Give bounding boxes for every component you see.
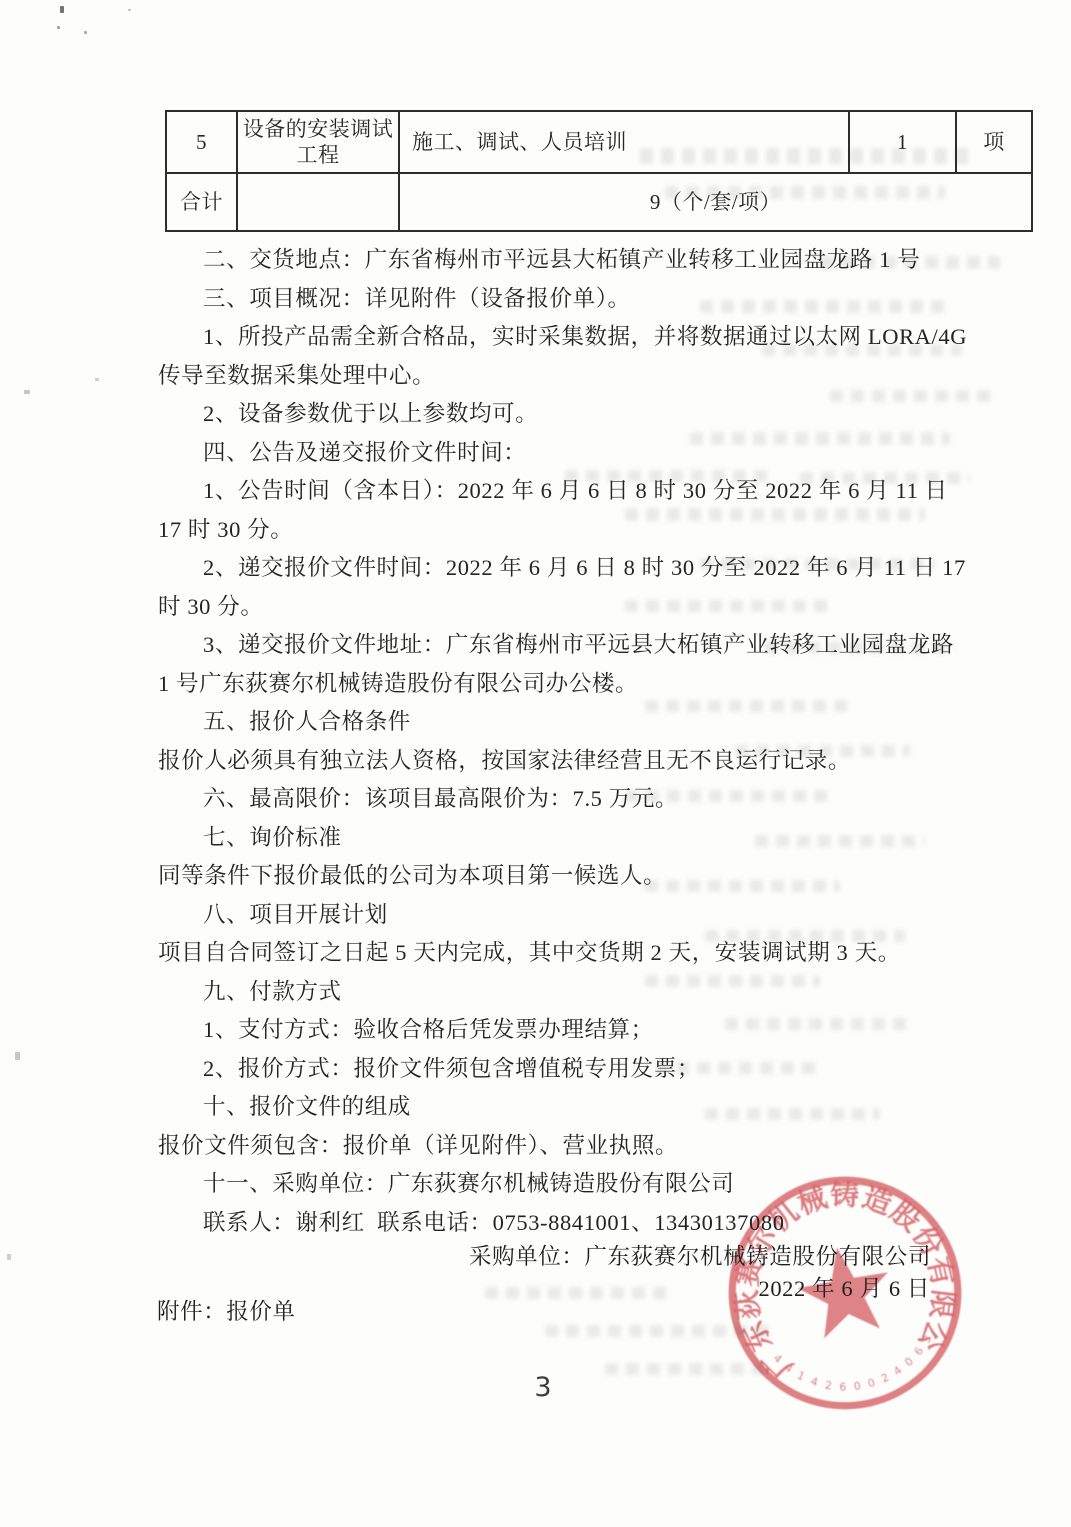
body-line: 六、最高限价：该项目最高限价为：7.5 万元。 (203, 784, 1003, 814)
body-line: 17 时 30 分。 (158, 515, 958, 545)
items-table: 5 设备的安装调试工程 施工、调试、人员培训 1 项 合计 9（个/套/项） (165, 110, 1033, 232)
body-line: 时 30 分。 (158, 592, 958, 622)
scan-speck (24, 390, 30, 394)
table-total-empty-cell (236, 174, 398, 230)
body-line: 2、报价方式：报价文件须包含增值税专用发票； (203, 1054, 1003, 1084)
body-line: 十、报价文件的组成 (203, 1092, 1003, 1122)
table-cell-unit: 项 (955, 112, 1031, 172)
body-line: 1、所投产品需全新合格品，实时采集数据，并将数据通过以太网 LORA/4G (203, 322, 1003, 352)
scan-speck (95, 378, 99, 381)
signature-unit-line: 采购单位：广东荻赛尔机械铸造股份有限公司 (469, 1239, 931, 1271)
signature-date-line: 2022 年 6 月 6 日 (758, 1271, 930, 1303)
body-line: 八、项目开展计划 (203, 900, 1003, 930)
body-line: 1 号广东荻赛尔机械铸造股份有限公司办公楼。 (158, 669, 958, 699)
body-line: 3、递交报价文件地址：广东省梅州市平远县大柘镇产业转移工业园盘龙路 (203, 630, 1003, 660)
body-line: 2、递交报价文件时间：2022 年 6 月 6 日 8 时 30 分至 2022… (203, 553, 1003, 583)
scan-speck (15, 1052, 20, 1060)
scan-speck (84, 31, 87, 34)
table-total-value: 9（个/套/项） (398, 174, 1031, 230)
body-line: 二、交货地点：广东省梅州市平远县大柘镇产业转移工业园盘龙路 1 号 (203, 245, 1003, 275)
body-line: 传导至数据采集处理中心。 (158, 361, 958, 391)
body-line: 报价人必须具有独立法人资格，按国家法律经营且无不良运行记录。 (158, 746, 958, 776)
body-line: 同等条件下报价最低的公司为本项目第一候选人。 (158, 861, 958, 891)
table-total-row: 合计 9（个/套/项） (167, 172, 1031, 230)
scan-speck (7, 1254, 11, 1260)
body-line: 1、公告时间（含本日）：2022 年 6 月 6 日 8 时 30 分至 202… (203, 476, 1003, 506)
body-line: 五、报价人合格条件 (203, 707, 1003, 737)
scan-speck (128, 9, 131, 11)
body-line: 十一、采购单位：广东荻赛尔机械铸造股份有限公司 (203, 1169, 1003, 1199)
body-line: 联系人：谢利红 联系电话：0753-8841001、13430137080 (203, 1208, 1003, 1238)
body-line: 九、付款方式 (203, 977, 1003, 1007)
table-row: 5 设备的安装调试工程 施工、调试、人员培训 1 项 (167, 112, 1031, 172)
body-line: 三、项目概况：详见附件（设备报价单）。 (203, 284, 1003, 314)
attachment-line: 附件：报价单 (157, 1294, 296, 1326)
bleedthrough-smudge (485, 1287, 670, 1299)
body-line: 1、支付方式：验收合格后凭发票办理结算； (203, 1015, 1003, 1045)
table-cell-no: 5 (167, 112, 236, 172)
table-total-label: 合计 (167, 174, 236, 230)
body-line: 项目自合同签订之日起 5 天内完成，其中交货期 2 天，安装调试期 3 天。 (158, 938, 958, 968)
document-page: 5 设备的安装调试工程 施工、调试、人员培训 1 项 合计 9（个/套/项） 二… (0, 0, 1071, 1527)
body-line: 报价文件须包含：报价单（详见附件）、营业执照。 (158, 1131, 958, 1161)
body-line: 四、公告及递交报价文件时间： (203, 438, 1003, 468)
table-cell-qty: 1 (848, 112, 955, 172)
table-cell-desc: 施工、调试、人员培训 (398, 112, 848, 172)
page-number: 3 (493, 1372, 593, 1403)
scan-speck (60, 6, 64, 13)
table-cell-name: 设备的安装调试工程 (236, 112, 398, 172)
scan-speck (57, 26, 60, 29)
body-line: 2、设备参数优于以上参数均可。 (203, 399, 1003, 429)
body-line: 七、询价标准 (203, 823, 1003, 853)
